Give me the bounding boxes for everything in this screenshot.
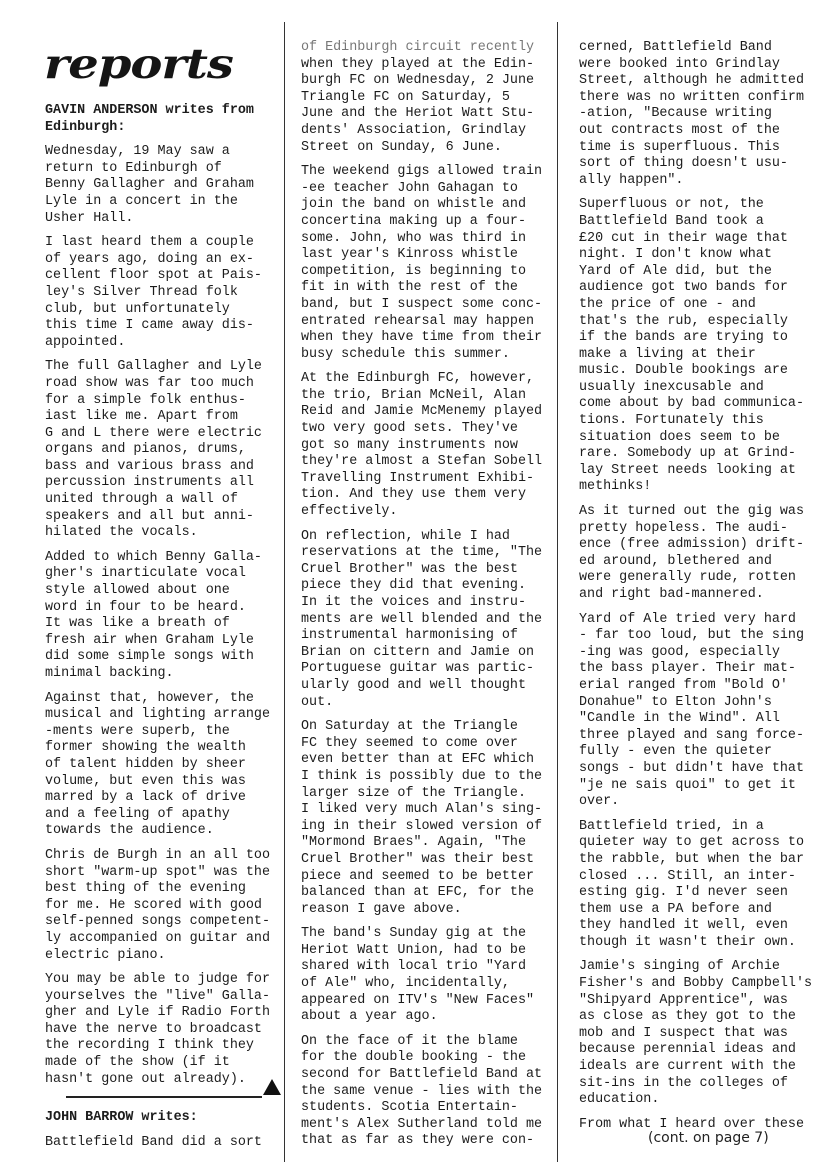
- text-line: Benny Gallagher and Graham: [45, 177, 280, 194]
- text-line: On the face of it the blame: [301, 1034, 556, 1051]
- text-line: Against that, however, the: [45, 691, 280, 708]
- text-line: "je ne sais quoi" to get it: [579, 778, 827, 795]
- paragraph: On reflection, while I hadreservations a…: [301, 529, 556, 712]
- byline: GAVIN ANDERSON writes fromEdinburgh:: [45, 103, 280, 136]
- text-line: Chris de Burgh in an all too: [45, 848, 280, 865]
- text-line: At the Edinburgh FC, however,: [301, 371, 556, 388]
- text-line: dents' Association, Grindlay: [301, 123, 556, 140]
- text-line: FC they seemed to come over: [301, 736, 556, 753]
- text-line: best thing of the evening: [45, 881, 280, 898]
- text-line: minimal backing.: [45, 666, 280, 683]
- column-1: GAVIN ANDERSON writes fromEdinburgh:Wedn…: [45, 103, 280, 1159]
- text-line: tions. Fortunately this: [579, 413, 827, 430]
- text-line: audience got two bands for: [579, 280, 827, 297]
- paragraph: The band's Sunday gig at theHeriot Watt …: [301, 926, 556, 1026]
- paragraph: Superfluous or not, theBattlefield Band …: [579, 197, 827, 496]
- text-line: appointed.: [45, 335, 280, 352]
- text-line: for the double booking - the: [301, 1050, 556, 1067]
- paragraph: The full Gallagher and Lyleroad show was…: [45, 359, 280, 542]
- text-line: because perennial ideas and: [579, 1042, 827, 1059]
- text-line: usually inexcusable and: [579, 380, 827, 397]
- column-3: cerned, Battlefield Bandwere booked into…: [579, 40, 827, 1141]
- paragraph: At the Edinburgh FC, however,the trio, B…: [301, 371, 556, 520]
- text-line: Battlefield tried, in a: [579, 819, 827, 836]
- text-line: -ing was good, especially: [579, 645, 827, 662]
- text-line: the price of one - and: [579, 297, 827, 314]
- text-line: did some simple songs with: [45, 649, 280, 666]
- text-line: quieter way to get across to: [579, 835, 827, 852]
- text-line: education.: [579, 1092, 827, 1109]
- paragraph: Added to which Benny Galla-gher's inarti…: [45, 550, 280, 683]
- text-line: for me. He scored with good: [45, 898, 280, 915]
- text-line: volume, but even this was: [45, 774, 280, 791]
- paragraph: Jamie's singing of ArchieFisher's and Bo…: [579, 959, 827, 1108]
- text-line: united through a wall of: [45, 492, 280, 509]
- text-line: effectively.: [301, 504, 556, 521]
- text-line: band, but I suspect some conc-: [301, 297, 556, 314]
- text-line: ley's Silver Thread folk: [45, 285, 280, 302]
- paragraph: On the face of it the blamefor the doubl…: [301, 1034, 556, 1150]
- text-line: On reflection, while I had: [301, 529, 556, 546]
- text-line: burgh FC on Wednesday, 2 June: [301, 73, 556, 90]
- paragraph: As it turned out the gig waspretty hopel…: [579, 504, 827, 604]
- text-line: time is superfluous. This: [579, 140, 827, 157]
- text-line: the bass player. Their mat-: [579, 661, 827, 678]
- text-line: were booked into Grindlay: [579, 57, 827, 74]
- text-line: gher and Lyle if Radio Forth: [45, 1005, 280, 1022]
- text-line: electric piano.: [45, 948, 280, 965]
- text-line: music. Double bookings are: [579, 363, 827, 380]
- paragraph: Yard of Ale tried very hard- far too lou…: [579, 612, 827, 811]
- column-divider-1: [284, 22, 285, 1162]
- text-line: "Candle in the Wind". All: [579, 711, 827, 728]
- text-line: sit-ins in the colleges of: [579, 1076, 827, 1093]
- text-line: songs - but didn't have that: [579, 761, 827, 778]
- text-line: yourselves the "live" Galla-: [45, 989, 280, 1006]
- text-line: -ee teacher John Gahagan to: [301, 181, 556, 198]
- text-line: £20 cut in their wage that: [579, 231, 827, 248]
- text-line: Travelling Instrument Exhibi-: [301, 471, 556, 488]
- text-line: marred by a lack of drive: [45, 790, 280, 807]
- text-line: esting gig. I'd never seen: [579, 885, 827, 902]
- text-line: second for Battlefield Band at: [301, 1067, 556, 1084]
- text-line: piece and seemed to be better: [301, 869, 556, 886]
- text-line: On Saturday at the Triangle: [301, 719, 556, 736]
- text-line: pretty hopeless. The audi-: [579, 521, 827, 538]
- text-line: shared with local trio "Yard: [301, 959, 556, 976]
- text-line: situation does seem to be: [579, 430, 827, 447]
- text-line: have the nerve to broadcast: [45, 1022, 280, 1039]
- text-line: -ments were superb, the: [45, 724, 280, 741]
- text-line: "Mormond Braes". Again, "The: [301, 835, 556, 852]
- continuation-note: (cont. on page 7): [648, 1130, 769, 1146]
- text-line: Edinburgh:: [45, 120, 280, 137]
- text-line: Street, although he admitted: [579, 73, 827, 90]
- text-line: iast like me. Apart from: [45, 409, 280, 426]
- text-line: for a simple folk enthus-: [45, 393, 280, 410]
- text-line: -ation, "Because writing: [579, 106, 827, 123]
- text-line: ed around, blethered and: [579, 554, 827, 571]
- text-line: Superfluous or not, the: [579, 197, 827, 214]
- newsletter-page: reports GAVIN ANDERSON writes fromEdinbu…: [0, 0, 827, 1169]
- text-line: gher's inarticulate vocal: [45, 566, 280, 583]
- text-line: cerned, Battlefield Band: [579, 40, 827, 57]
- text-line: and a feeling of apathy: [45, 807, 280, 824]
- paragraph: Battlefield tried, in aquieter way to ge…: [579, 819, 827, 952]
- paragraph: cerned, Battlefield Bandwere booked into…: [579, 40, 827, 189]
- article-separator: [66, 1096, 262, 1098]
- text-line: rare. Somebody up at Grind-: [579, 446, 827, 463]
- text-line: Cruel Brother" was their best: [301, 852, 556, 869]
- text-line: the trio, Brian McNeil, Alan: [301, 388, 556, 405]
- text-line: cellent floor spot at Pais-: [45, 268, 280, 285]
- text-line: mob and I suspect that was: [579, 1026, 827, 1043]
- text-line: this time I came away dis-: [45, 318, 280, 335]
- text-line: It was like a breath of: [45, 616, 280, 633]
- text-line: The weekend gigs allowed train: [301, 164, 556, 181]
- text-line: Street on Sunday, 6 June.: [301, 140, 556, 157]
- text-line: methinks!: [579, 479, 827, 496]
- text-line: percussion instruments all: [45, 475, 280, 492]
- text-line: fully - even the quieter: [579, 744, 827, 761]
- text-line: Added to which Benny Galla-: [45, 550, 280, 567]
- text-line: got so many instruments now: [301, 438, 556, 455]
- text-line: speakers and all but anni-: [45, 509, 280, 526]
- byline: JOHN BARROW writes:: [45, 1110, 280, 1127]
- text-line: out contracts most of the: [579, 123, 827, 140]
- text-line: when they played at the Edin-: [301, 57, 556, 74]
- text-line: over.: [579, 794, 827, 811]
- text-line: they handled it well, even: [579, 918, 827, 935]
- paragraph: Battlefield Band did a sort: [45, 1135, 280, 1152]
- paragraph: of Edinburgh circuit recentlywhen they p…: [301, 40, 556, 156]
- text-line: reason I gave above.: [301, 902, 556, 919]
- text-line: sort of thing doesn't usu-: [579, 156, 827, 173]
- text-line: join the band on whistle and: [301, 197, 556, 214]
- text-line: Wednesday, 19 May saw a: [45, 144, 280, 161]
- text-line: GAVIN ANDERSON writes from: [45, 103, 280, 120]
- text-line: there was no written confirm: [579, 90, 827, 107]
- text-line: of Ale" who, incidentally,: [301, 976, 556, 993]
- paragraph: Wednesday, 19 May saw areturn to Edinbur…: [45, 144, 280, 227]
- text-line: night. I don't know what: [579, 247, 827, 264]
- text-line: towards the audience.: [45, 823, 280, 840]
- text-line: ideals are current with the: [579, 1059, 827, 1076]
- text-line: You may be able to judge for: [45, 972, 280, 989]
- text-line: entrated rehearsal may happen: [301, 314, 556, 331]
- column-divider-2: [557, 22, 558, 1162]
- text-line: ment's Alex Sutherland told me: [301, 1117, 556, 1134]
- paragraph: Chris de Burgh in an all tooshort "warm-…: [45, 848, 280, 964]
- text-line: Jamie's singing of Archie: [579, 959, 827, 976]
- text-line: they're almost a Stefan Sobell: [301, 454, 556, 471]
- text-line: lay Street needs looking at: [579, 463, 827, 480]
- text-line: "Shipyard Apprentice", was: [579, 993, 827, 1010]
- text-line: the recording I think they: [45, 1038, 280, 1055]
- text-line: As it turned out the gig was: [579, 504, 827, 521]
- text-line: Brian on cittern and Jamie on: [301, 645, 556, 662]
- text-line: were generally rude, rotten: [579, 570, 827, 587]
- text-line: club, but unfortunately: [45, 302, 280, 319]
- text-line: the same venue - lies with the: [301, 1084, 556, 1101]
- text-line: two very good sets. They've: [301, 421, 556, 438]
- text-line: fit in with the rest of the: [301, 280, 556, 297]
- text-line: word in four to be heard.: [45, 600, 280, 617]
- text-line: reservations at the time, "The: [301, 545, 556, 562]
- paragraph: On Saturday at the TriangleFC they seeme…: [301, 719, 556, 918]
- text-line: Cruel Brother" was the best: [301, 562, 556, 579]
- text-line: I think is possibly due to the: [301, 769, 556, 786]
- text-line: that as far as they were con-: [301, 1133, 556, 1150]
- text-line: style allowed about one: [45, 583, 280, 600]
- text-line: piece they did that evening.: [301, 578, 556, 595]
- text-line: fresh air when Graham Lyle: [45, 633, 280, 650]
- text-line: tion. And they use them very: [301, 487, 556, 504]
- text-line: The band's Sunday gig at the: [301, 926, 556, 943]
- text-line: musical and lighting arrange: [45, 707, 280, 724]
- text-line: In it the voices and instru-: [301, 595, 556, 612]
- text-line: some. John, who was third in: [301, 231, 556, 248]
- text-line: Donahue" to Elton John's: [579, 695, 827, 712]
- paragraph: Against that, however, themusical and li…: [45, 691, 280, 840]
- text-line: Triangle FC on Saturday, 5: [301, 90, 556, 107]
- text-line: - far too loud, but the sing: [579, 628, 827, 645]
- text-line: when they have time from their: [301, 330, 556, 347]
- triangle-end-mark-icon: [263, 1079, 281, 1095]
- separator-space: [45, 1096, 280, 1110]
- text-line: out.: [301, 695, 556, 712]
- text-line: bass and various brass and: [45, 459, 280, 476]
- text-line: about a year ago.: [301, 1009, 556, 1026]
- text-line: Yard of Ale tried very hard: [579, 612, 827, 629]
- text-line: the rabble, but when the bar: [579, 852, 827, 869]
- text-line: made of the show (if it: [45, 1055, 280, 1072]
- paragraph: You may be able to judge foryourselves t…: [45, 972, 280, 1088]
- paragraph: I last heard them a coupleof years ago, …: [45, 235, 280, 351]
- text-line: instrumental harmonising of: [301, 628, 556, 645]
- paragraph: The weekend gigs allowed train-ee teache…: [301, 164, 556, 363]
- text-line: I liked very much Alan's sing-: [301, 802, 556, 819]
- text-line: as close as they got to the: [579, 1009, 827, 1026]
- text-line: hasn't gone out already).: [45, 1072, 280, 1089]
- text-line: Heriot Watt Union, had to be: [301, 943, 556, 960]
- text-line: JOHN BARROW writes:: [45, 1110, 280, 1127]
- text-line: balanced than at EFC, for the: [301, 885, 556, 902]
- text-line: Reid and Jamie McMenemy played: [301, 404, 556, 421]
- column-2: of Edinburgh circuit recentlywhen they p…: [301, 40, 556, 1158]
- text-line: larger size of the Triangle.: [301, 786, 556, 803]
- text-line: if the bands are trying to: [579, 330, 827, 347]
- text-line: ularly good and well thought: [301, 678, 556, 695]
- text-line: ing in their slowed version of: [301, 819, 556, 836]
- text-line: ly accompanied on guitar and: [45, 931, 280, 948]
- text-line: three played and sang force-: [579, 728, 827, 745]
- text-line: them use a PA before and: [579, 902, 827, 919]
- text-line: and right bad-mannered.: [579, 587, 827, 604]
- text-line: competition, is beginning to: [301, 264, 556, 281]
- text-line: of talent hidden by sheer: [45, 757, 280, 774]
- text-line: ments are well blended and the: [301, 612, 556, 629]
- text-line: self-penned songs competent-: [45, 914, 280, 931]
- text-line: make a living at their: [579, 347, 827, 364]
- text-line: hilated the vocals.: [45, 525, 280, 542]
- text-line: students. Scotia Entertain-: [301, 1100, 556, 1117]
- text-line: Portuguese guitar was partic-: [301, 661, 556, 678]
- text-line: G and L there were electric: [45, 426, 280, 443]
- text-line: concertina making up a four-: [301, 214, 556, 231]
- text-line: closed ... Still, an inter-: [579, 869, 827, 886]
- text-line: Fisher's and Bobby Campbell's: [579, 976, 827, 993]
- text-line: I last heard them a couple: [45, 235, 280, 252]
- text-line: erial ranged from "Bold O': [579, 678, 827, 695]
- text-line: Usher Hall.: [45, 211, 280, 228]
- text-line: though it wasn't their own.: [579, 935, 827, 952]
- text-line: busy schedule this summer.: [301, 347, 556, 364]
- text-line: return to Edinburgh of: [45, 161, 280, 178]
- text-line: The full Gallagher and Lyle: [45, 359, 280, 376]
- text-line: that's the rub, especially: [579, 314, 827, 331]
- text-line: ally happen".: [579, 173, 827, 190]
- text-line: former showing the wealth: [45, 740, 280, 757]
- text-line: short "warm-up spot" was the: [45, 865, 280, 882]
- text-line: organs and pianos, drums,: [45, 442, 280, 459]
- text-line: road show was far too much: [45, 376, 280, 393]
- text-line: Yard of Ale did, but the: [579, 264, 827, 281]
- text-line: Battlefield Band did a sort: [45, 1135, 280, 1152]
- text-line: June and the Heriot Watt Stu-: [301, 106, 556, 123]
- text-line: appeared on ITV's "New Faces": [301, 993, 556, 1010]
- text-line: come about by bad communica-: [579, 396, 827, 413]
- section-title: reports: [44, 44, 233, 85]
- text-line: ence (free admission) drift-: [579, 537, 827, 554]
- text-line: of Edinburgh circuit recently: [301, 40, 556, 57]
- text-line: even better than at EFC which: [301, 752, 556, 769]
- text-line: Battlefield Band took a: [579, 214, 827, 231]
- text-line: of years ago, doing an ex-: [45, 252, 280, 269]
- text-line: last year's Kinross whistle: [301, 247, 556, 264]
- text-line: Lyle in a concert in the: [45, 194, 280, 211]
